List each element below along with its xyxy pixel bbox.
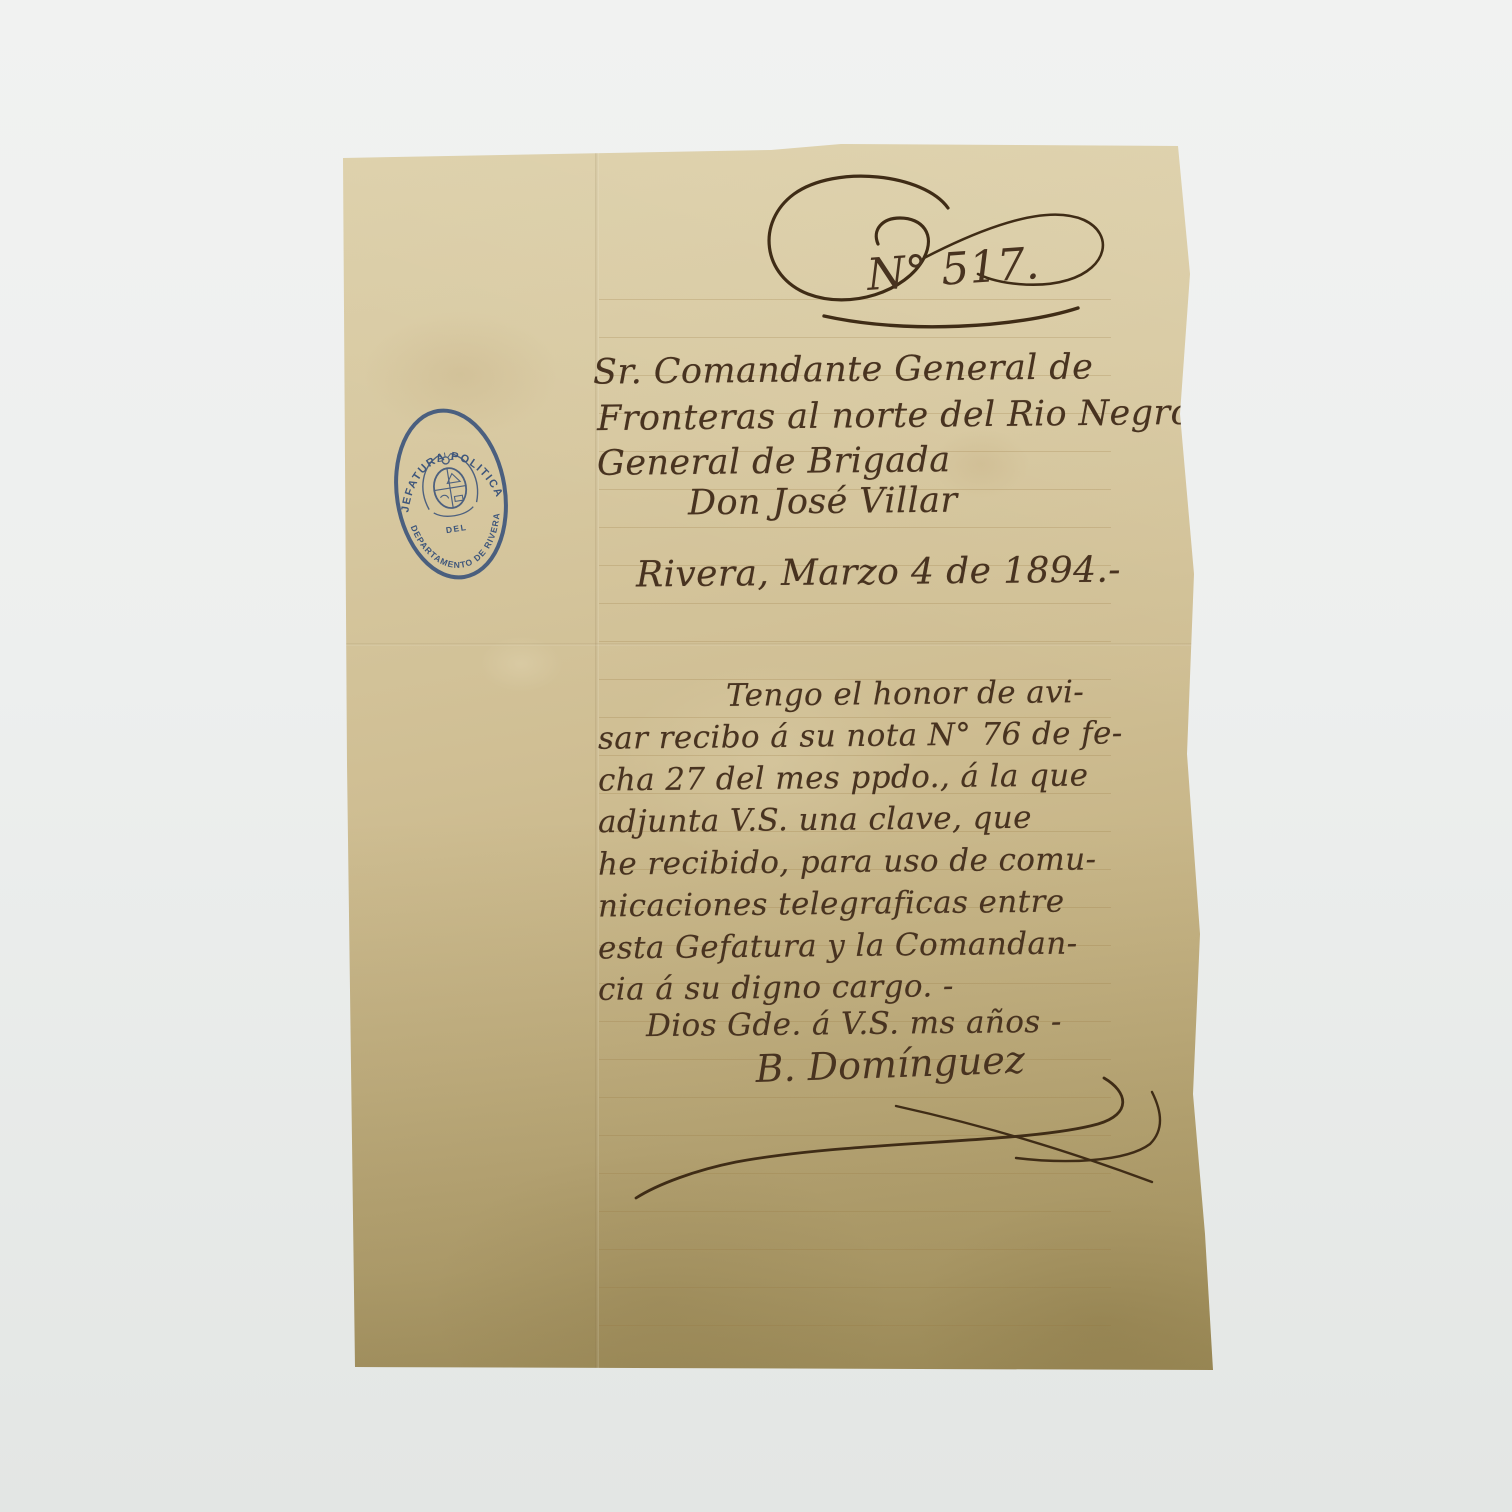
photo-canvas: N° 517. JEFATURA POLITICA DEPARTAMENTO D… bbox=[0, 0, 1512, 1512]
body-line-7: esta Gefatura y la Comandan- bbox=[598, 925, 1078, 966]
horizontal-fold-crease bbox=[341, 643, 1215, 646]
letter-number-flourish: N° 517. bbox=[686, 164, 1126, 354]
recipient-line-1: Sr. Comandante General de bbox=[593, 347, 1094, 392]
stamp-middle-text: DEL bbox=[445, 522, 468, 535]
body-line-6: nicaciones telegraficas entre bbox=[598, 884, 1065, 925]
body-line-2: sar recibo á su nota N° 76 de fe- bbox=[598, 715, 1123, 756]
recipient-line-3: General de Brigada bbox=[597, 440, 951, 484]
letter-number: N° 517. bbox=[864, 238, 1041, 301]
dateline: Rivera, Marzo 4 de 1894.- bbox=[636, 549, 1121, 595]
body-line-5: he recibido, para uso de comu- bbox=[598, 841, 1097, 882]
body-line-3: cha 27 del mes ppdo., á la que bbox=[598, 757, 1089, 798]
body-line-8: cia á su digno cargo. - bbox=[598, 968, 954, 1008]
signature-flourish bbox=[636, 1078, 1160, 1198]
recipient-line-2: Fronteras al norte del Rio Negro bbox=[597, 393, 1192, 439]
jefatura-politica-stamp: JEFATURA POLITICA DEPARTAMENTO DE RIVERA bbox=[375, 393, 526, 594]
svg-text:DEPARTAMENTO DE RIVERA: DEPARTAMENTO DE RIVERA bbox=[408, 510, 509, 577]
body-line-1: Tengo el honor de avi- bbox=[726, 674, 1085, 714]
body-line-4: adjunta V.S. una clave, que bbox=[598, 800, 1032, 841]
recipient-line-4: Don José Villar bbox=[688, 481, 958, 524]
signature-name: B. Domínguez bbox=[754, 1038, 1027, 1091]
letter-paper: N° 517. JEFATURA POLITICA DEPARTAMENTO D… bbox=[341, 144, 1215, 1370]
signature-block: B. Domínguez bbox=[596, 1034, 1186, 1214]
stamp-bottom-text: DEPARTAMENTO DE RIVERA bbox=[408, 510, 509, 577]
